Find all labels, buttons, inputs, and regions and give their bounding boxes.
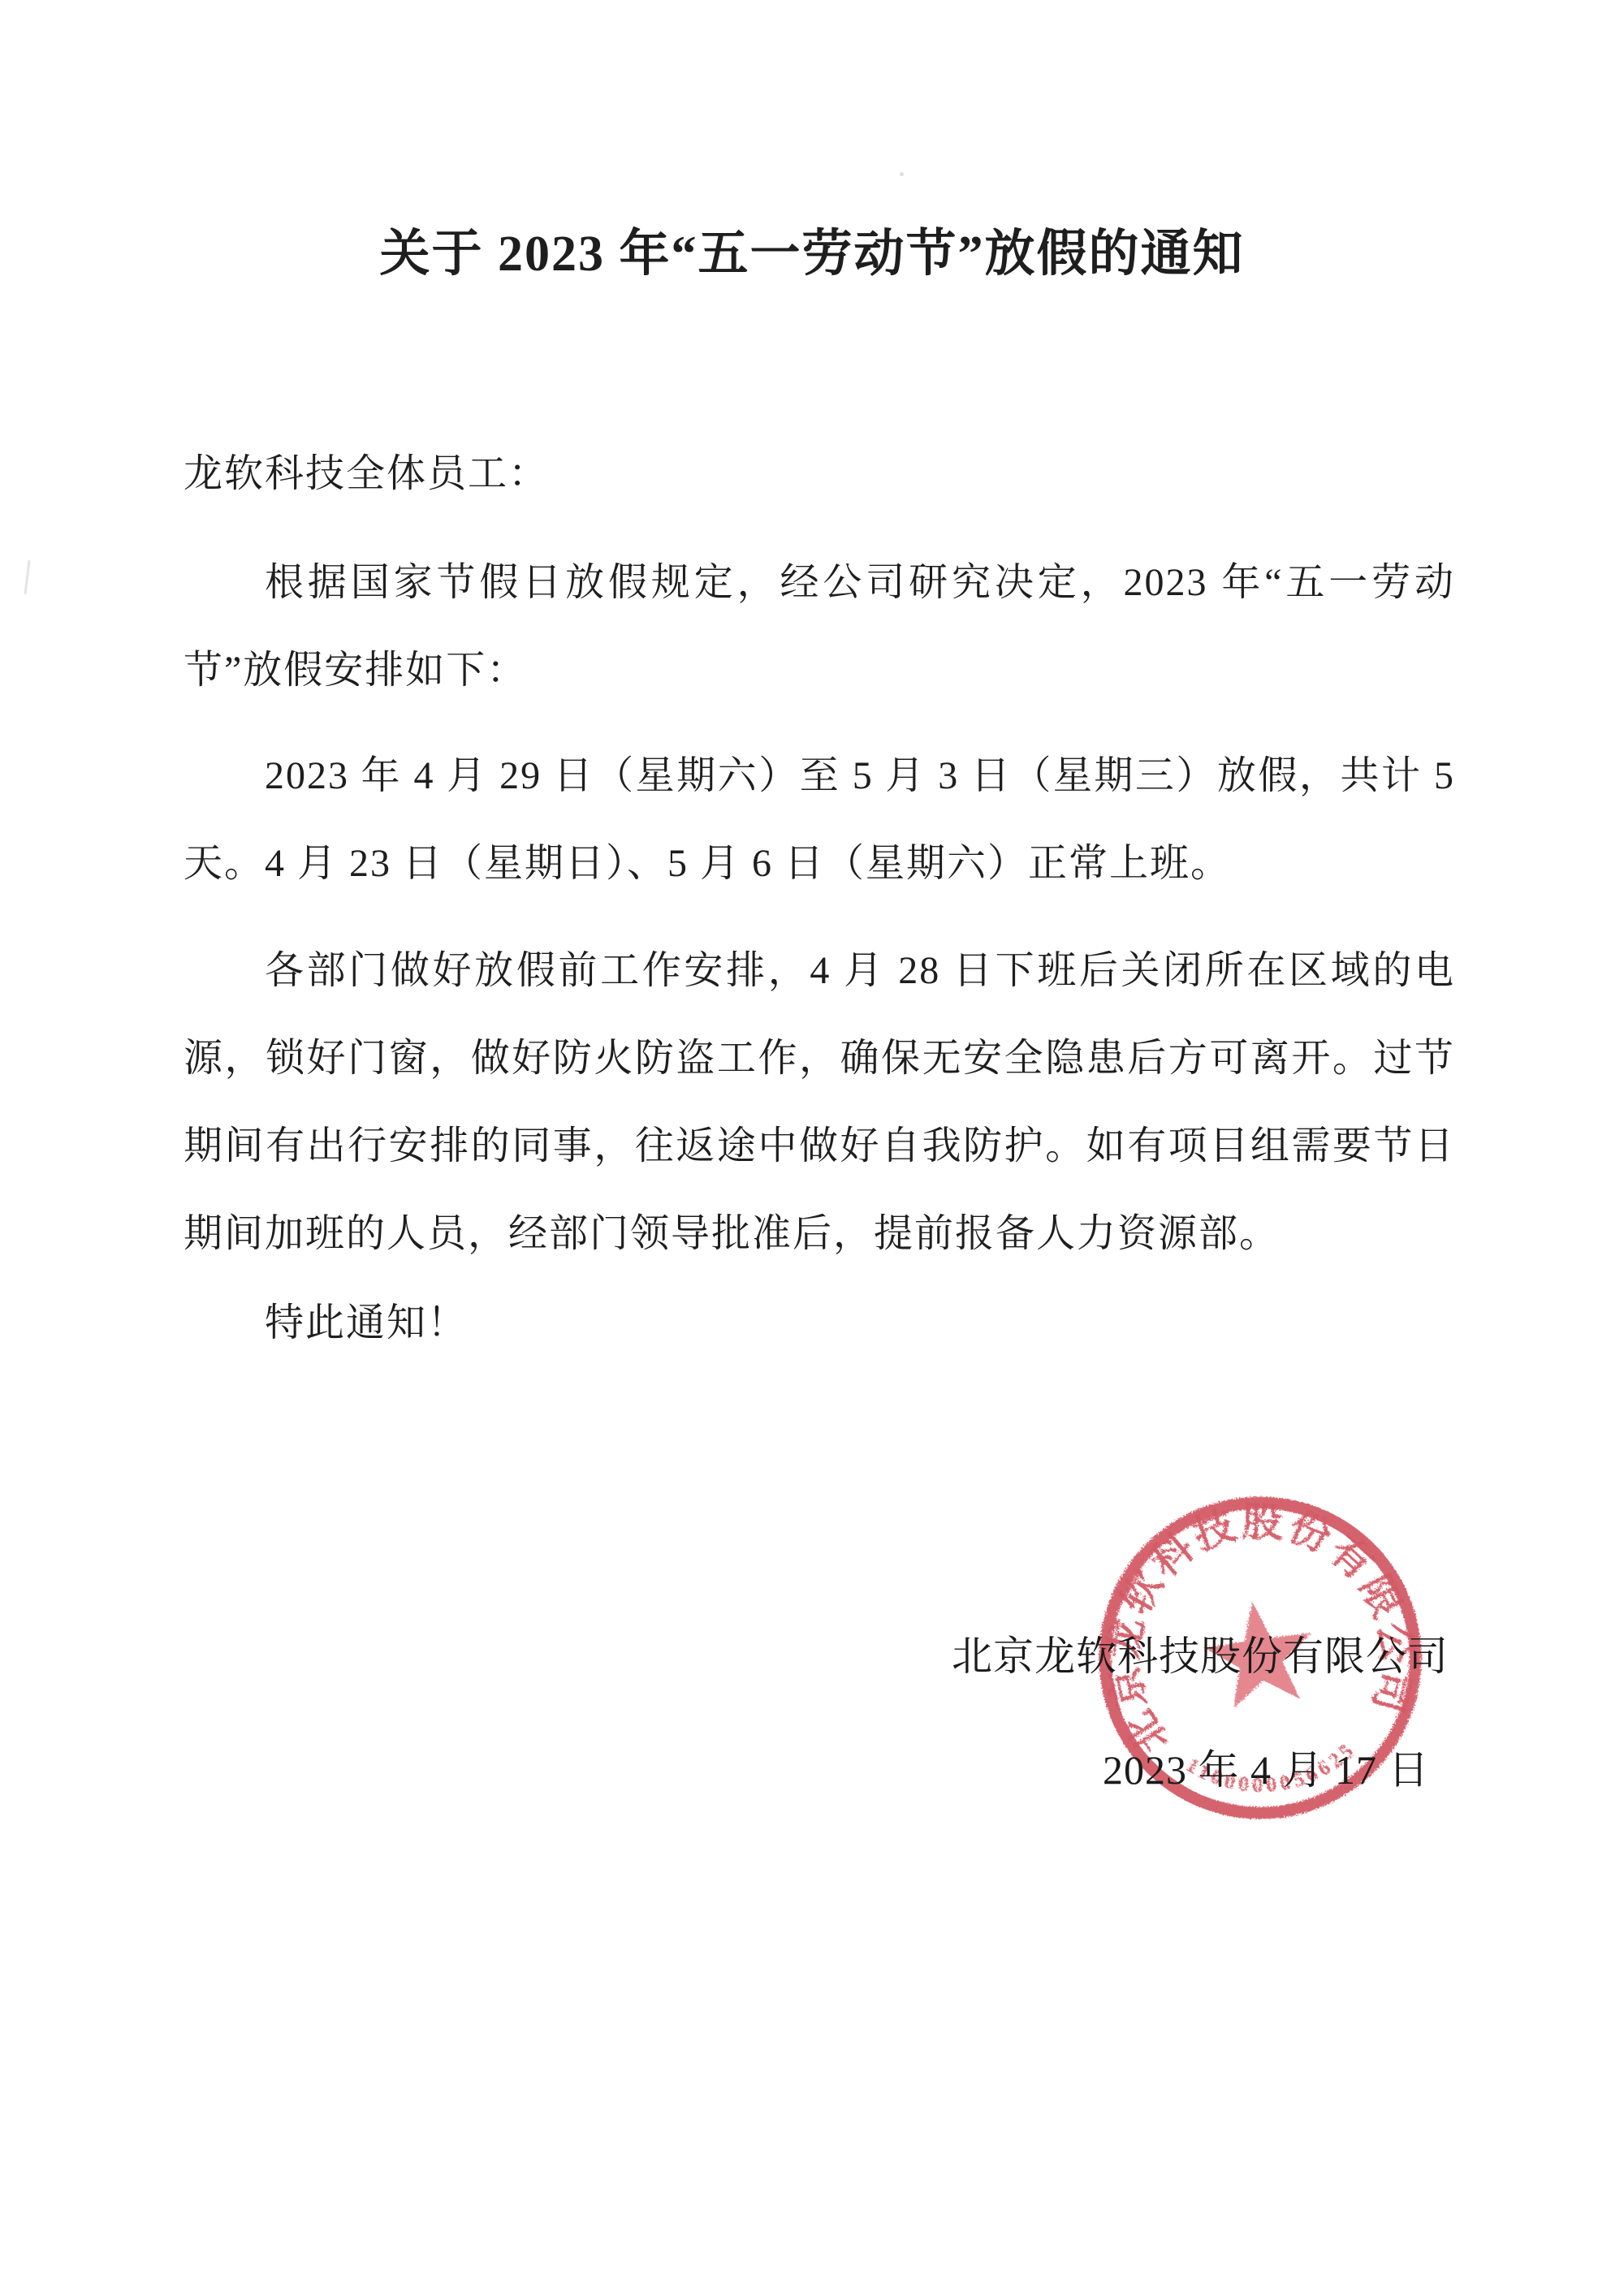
body-line-p2-1: 2023 年 4 月 29 日（星期六）至 5 月 3 日（星期三）放假，共计 … <box>184 753 1455 798</box>
body-line-p3-2: 源，锁好门窗，做好防火防盗工作，确保无安全隐患后方可离开。过节 <box>184 1036 1455 1081</box>
document-title: 关于 2023 年“五一劳动节”放假的通知 <box>0 213 1624 285</box>
salutation-line: 龙软科技全体员工： <box>184 451 1455 496</box>
body-line-p3-1: 各部门做好放假前工作安排，4 月 28 日下班后关闭所在区域的电 <box>184 948 1455 993</box>
scan-artifact <box>900 172 904 176</box>
body-line-p2-2: 天。4 月 23 日（星期日）、5 月 6 日（星期六）正常上班。 <box>184 841 1455 886</box>
signature-company-name: 北京龙软科技股份有限公司 <box>952 1624 1449 1682</box>
signature-date: 2023 年 4 月 17 日 <box>1103 1737 1430 1796</box>
closing-line: 特此通知！ <box>184 1301 1455 1345</box>
body-line-p3-3: 期间有出行安排的同事，往返途中做好自我防护。如有项目组需要节日 <box>184 1124 1455 1168</box>
scan-artifact <box>24 560 30 594</box>
body-line-p1-2: 节”放假安排如下： <box>184 648 1455 693</box>
body-line-p3-4: 期间加班的人员，经部门领导批准后，提前报备人力资源部。 <box>184 1211 1455 1256</box>
body-line-p1-1: 根据国家节假日放假规定，经公司研究决定，2023 年“五一劳动 <box>184 560 1455 605</box>
notice-document-page: 关于 2023 年“五一劳动节”放假的通知 龙软科技全体员工： 根据国家节假日放… <box>0 0 1624 2296</box>
